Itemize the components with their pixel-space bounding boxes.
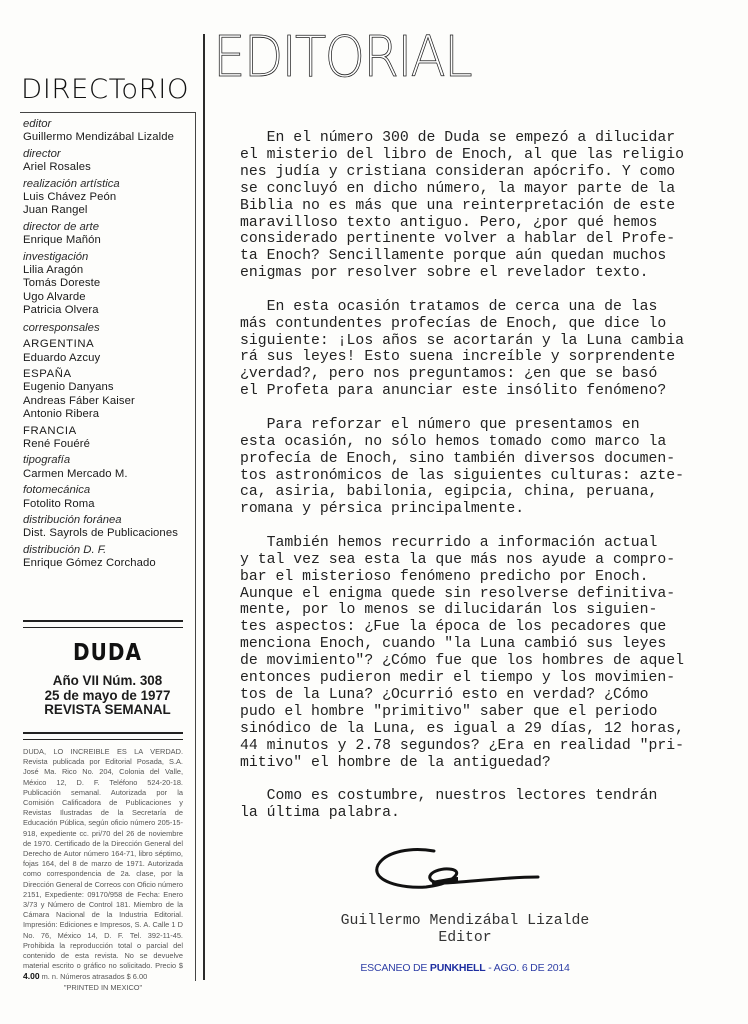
editorial-body: En el número 300 de Duda se empezó a dil…: [240, 130, 740, 839]
role-label: director de arte: [23, 221, 193, 234]
correspondents-label: corresponsales: [23, 322, 193, 335]
staff-group: distribución D. F.Enrique Gómez Corchado: [23, 544, 193, 571]
magazine-page: DIRECToRIO editorGuillermo Mendizábal Li…: [0, 0, 748, 1024]
staff-name: Patricia Olvera: [23, 304, 193, 317]
issue-number: Año VII Núm. 308: [20, 674, 195, 689]
signature-icon: [372, 845, 542, 905]
role-label: editor: [23, 118, 193, 131]
legal-notice: DUDA, LO INCREIBLE ES LA VERDAD. Revista…: [23, 747, 183, 993]
paragraph: En esta ocasión tratamos de cerca una de…: [240, 299, 740, 400]
editor-name: Guillermo Mendizábal Lizalde: [310, 913, 620, 930]
staff-name: Guillermo Mendizábal Lizalde: [23, 131, 193, 144]
price-suffix: m. n. Números atrasados $ 6.00: [42, 972, 148, 981]
staff-name: Eduardo Azcuy: [23, 352, 193, 365]
directory-title: DIRECToRIO: [21, 74, 189, 105]
credit-brand: PUNKHELL: [430, 962, 486, 974]
staff-group: editorGuillermo Mendizábal Lizalde: [23, 118, 193, 145]
staff-group: investigaciónLilia AragónTomás DoresteUg…: [23, 251, 193, 318]
paragraph: También hemos recurrido a información ac…: [240, 535, 740, 772]
staff-name: Carmen Mercado M.: [23, 468, 193, 481]
paragraph: En el número 300 de Duda se empezó a dil…: [240, 130, 740, 282]
role-label: realización artística: [23, 178, 193, 191]
staff-group: directorAriel Rosales: [23, 148, 193, 175]
staff-name: Ariel Rosales: [23, 161, 193, 174]
printed-in-mexico: "PRINTED IN MEXICO": [23, 983, 183, 993]
staff-name: Antonio Ribera: [23, 408, 193, 421]
staff-list: editorGuillermo Mendizábal Lizaldedirect…: [23, 118, 193, 574]
scan-credit: ESCANEO DE PUNKHELL - AGO. 6 DE 2014: [300, 962, 630, 974]
price: 4.00: [23, 971, 40, 981]
role-label: director: [23, 148, 193, 161]
issue-info: Año VII Núm. 308 25 de mayo de 1977 REVI…: [20, 674, 195, 718]
country-label: FRANCIA: [23, 425, 193, 438]
staff-name: René Fouéré: [23, 438, 193, 451]
country-label: ESPAÑA: [23, 368, 193, 381]
staff-name: Fotolito Roma: [23, 498, 193, 511]
staff-group: distribución foráneaDist. Sayrols de Pub…: [23, 514, 193, 541]
role-label: investigación: [23, 251, 193, 264]
divider: [23, 620, 183, 628]
staff-name: Dist. Sayrols de Publicaciones: [23, 527, 193, 540]
staff-name: Ugo Alvarde: [23, 291, 193, 304]
staff-group: realización artísticaLuis Chávez PeónJua…: [23, 178, 193, 218]
publication-type: REVISTA SEMANAL: [20, 703, 195, 718]
issue-date: 25 de mayo de 1977: [20, 689, 195, 704]
staff-group: ARGENTINAEduardo Azcuy: [23, 338, 193, 365]
staff-group: tipografíaCarmen Mercado M.: [23, 454, 193, 481]
signature-block: Guillermo Mendizábal Lizalde Editor: [310, 913, 620, 947]
staff-name: Lilia Aragón: [23, 264, 193, 277]
staff-name: Luis Chávez Peón: [23, 191, 193, 204]
role-label: distribución D. F.: [23, 544, 193, 557]
editor-title: Editor: [310, 930, 620, 947]
staff-name: Andreas Fáber Kaiser: [23, 395, 193, 408]
duda-logo: DUDA: [20, 638, 195, 666]
staff-group: FRANCIARené Fouéré: [23, 425, 193, 452]
staff-name: Juan Rangel: [23, 204, 193, 217]
staff-name: Enrique Mañón: [23, 234, 193, 247]
paragraph: Para reforzar el número que presentamos …: [240, 417, 740, 518]
staff-group: ESPAÑAEugenio DanyansAndreas Fáber Kaise…: [23, 368, 193, 422]
staff-name: Eugenio Danyans: [23, 381, 193, 394]
staff-name: Enrique Gómez Corchado: [23, 557, 193, 570]
role-label: fotomecánica: [23, 484, 193, 497]
credit-prefix: ESCANEO DE: [360, 962, 430, 974]
credit-suffix: - AGO. 6 DE 2014: [486, 962, 570, 974]
editorial-title: EDITORIAL: [213, 28, 471, 88]
staff-name: Tomás Doreste: [23, 277, 193, 290]
staff-group: director de arteEnrique Mañón: [23, 221, 193, 248]
legal-text: DUDA, LO INCREIBLE ES LA VERDAD. Revista…: [23, 747, 183, 970]
role-label: tipografía: [23, 454, 193, 467]
paragraph: Como es costumbre, nuestros lectores ten…: [240, 788, 740, 822]
role-label: distribución foránea: [23, 514, 193, 527]
column-divider: [203, 34, 205, 980]
country-label: ARGENTINA: [23, 338, 193, 351]
staff-group: fotomecánicaFotolito Roma: [23, 484, 193, 511]
divider: [23, 732, 183, 740]
